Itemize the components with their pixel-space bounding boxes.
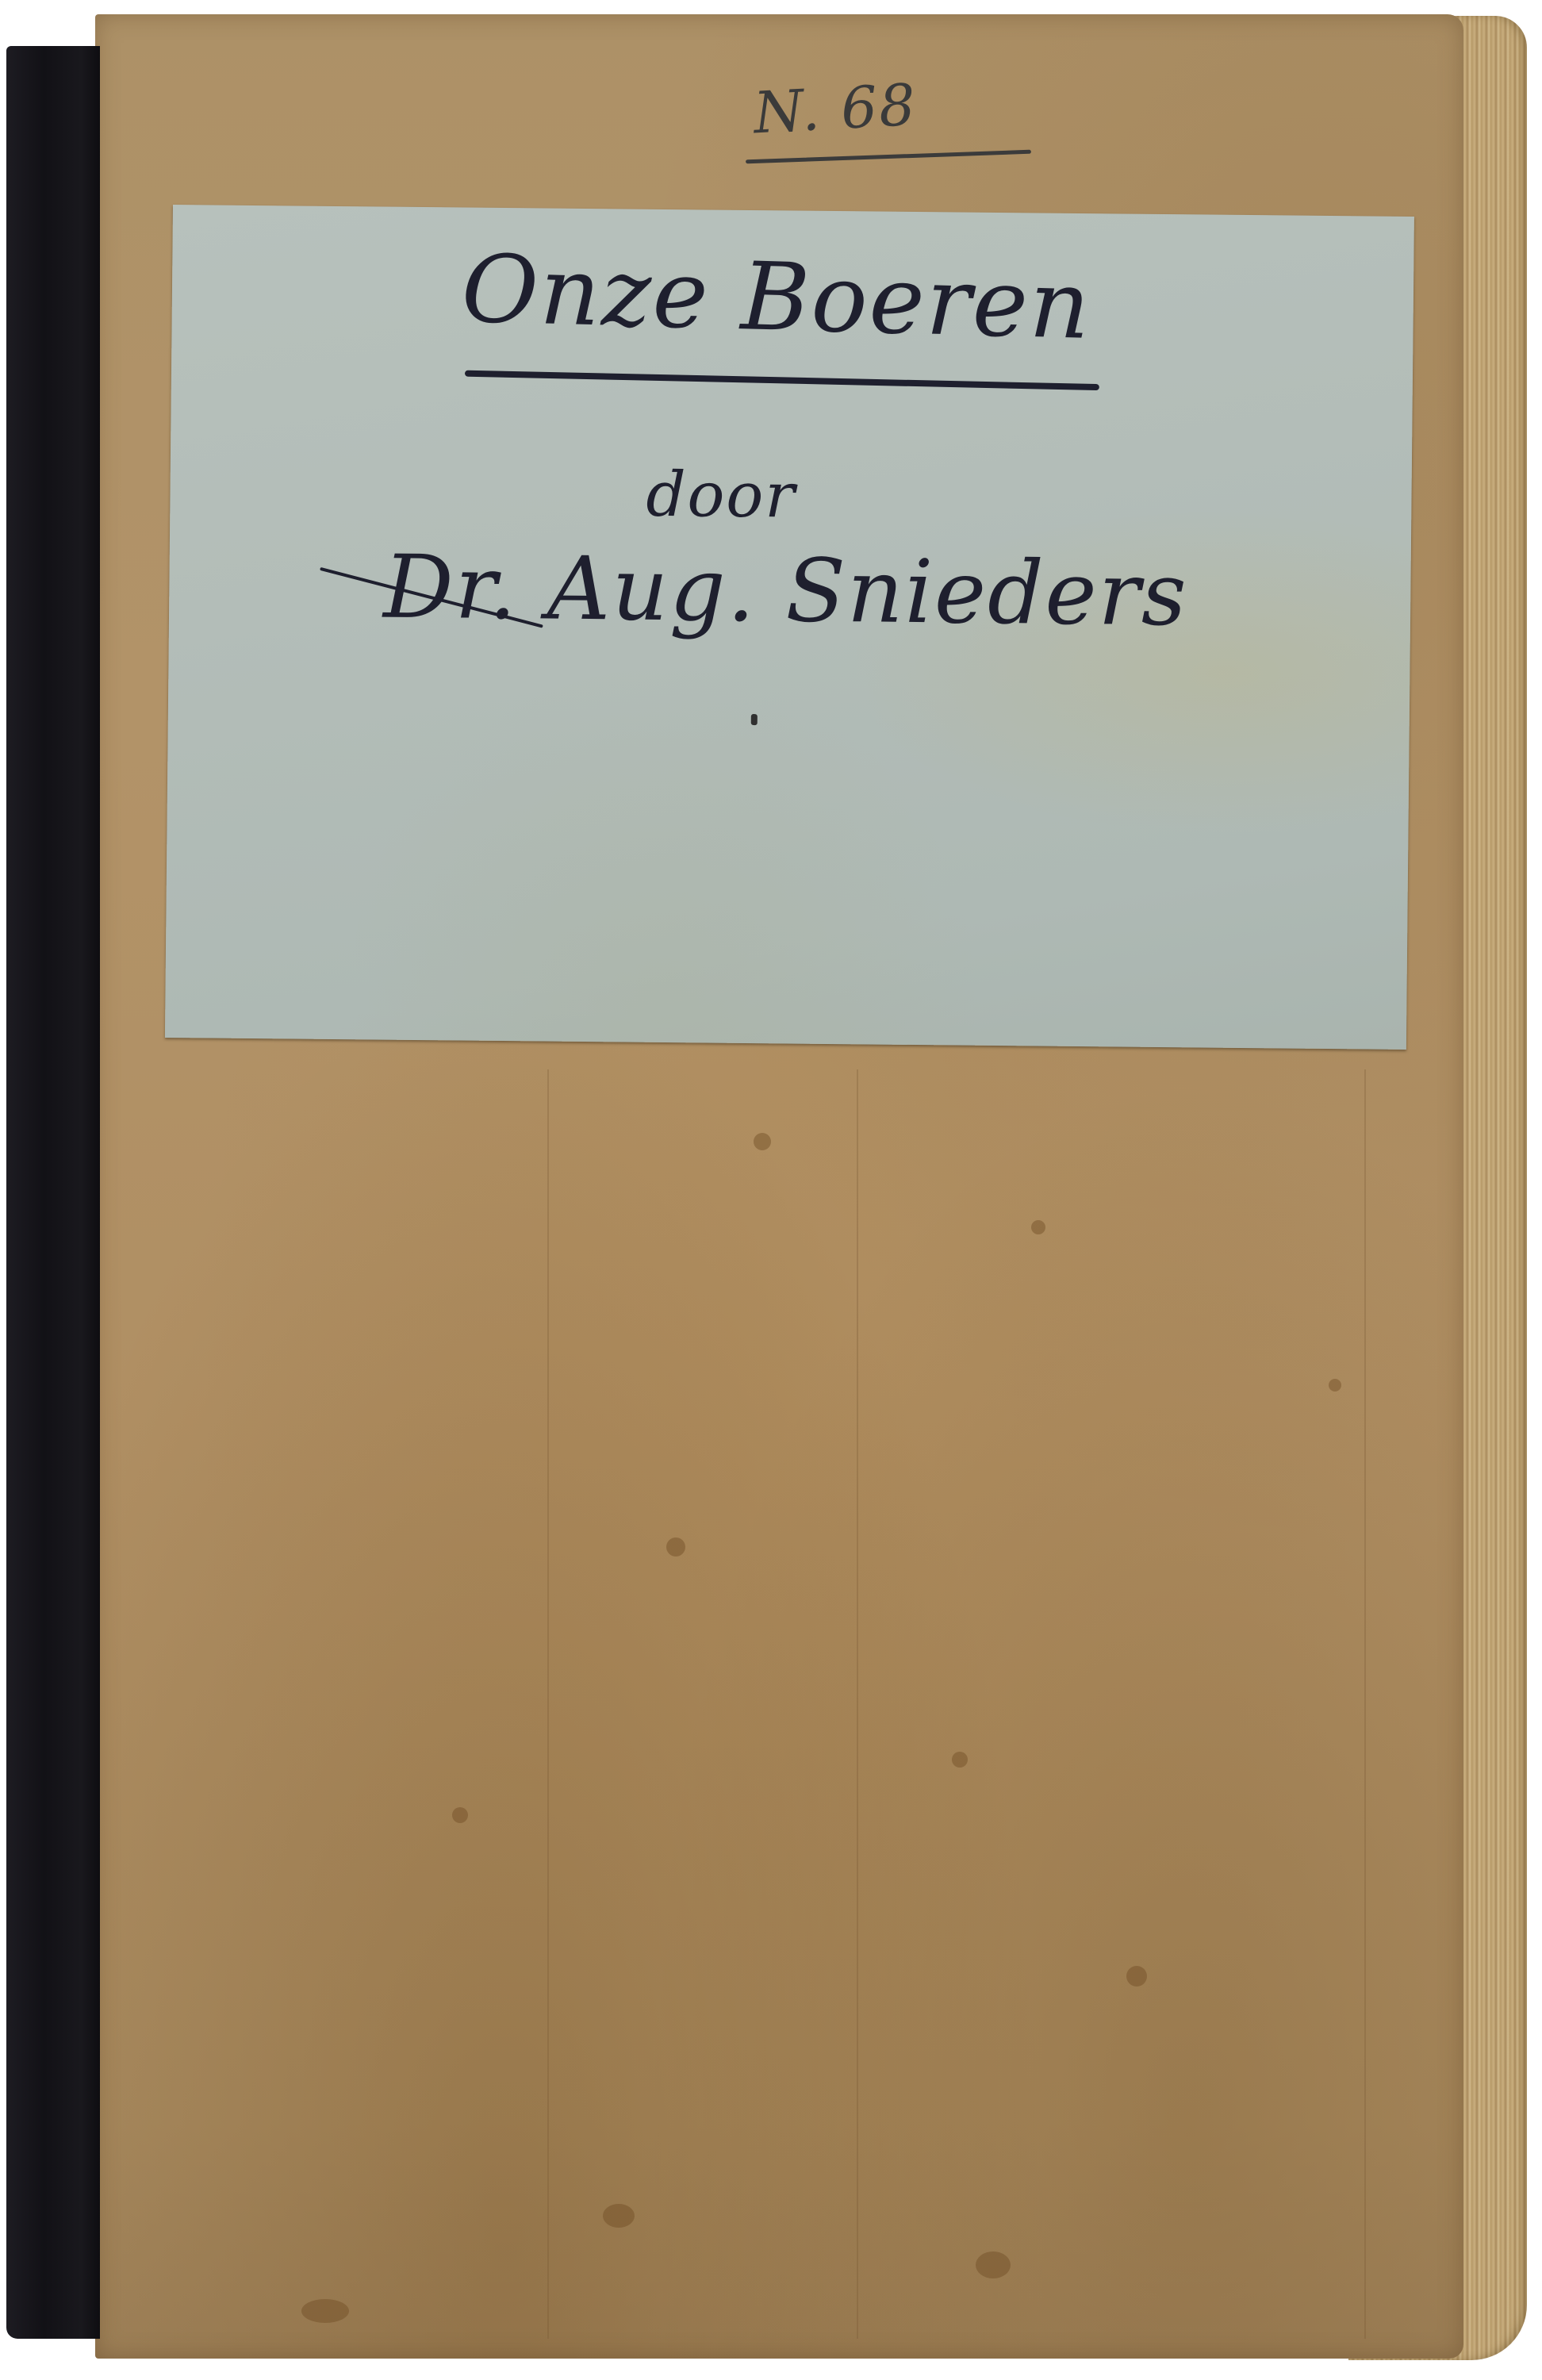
cloth-spine xyxy=(6,46,100,2339)
foxing-spot xyxy=(603,2204,635,2228)
cover-crease xyxy=(547,1069,549,2339)
label-author: Dr. Aug. Snieders xyxy=(383,536,1188,646)
shelfmark-number: N. 68 xyxy=(752,71,919,147)
label-title: Onze Boeren xyxy=(460,234,1093,360)
title-label: Onze Boeren door Dr. Aug. Snieders xyxy=(165,205,1414,1050)
foxing-spot xyxy=(666,1537,685,1557)
foxing-spot xyxy=(754,1133,771,1150)
cover-crease xyxy=(1364,1069,1366,2339)
book-photo: N. 68 Onze Boeren door Dr. Aug. Snieders xyxy=(0,0,1542,2380)
foxing-spot xyxy=(452,1807,468,1823)
foxing-spot xyxy=(1031,1220,1045,1234)
cover-crease xyxy=(857,1069,858,2339)
title-underline xyxy=(465,370,1099,390)
foxing-spot xyxy=(976,2251,1011,2278)
foxing-spot xyxy=(1329,1379,1341,1392)
foxing-spot xyxy=(301,2299,349,2323)
foxing-spot xyxy=(1126,1966,1147,1987)
label-by: door xyxy=(646,459,796,532)
foxing-spot xyxy=(952,1752,968,1768)
pencil-mark xyxy=(751,714,758,725)
